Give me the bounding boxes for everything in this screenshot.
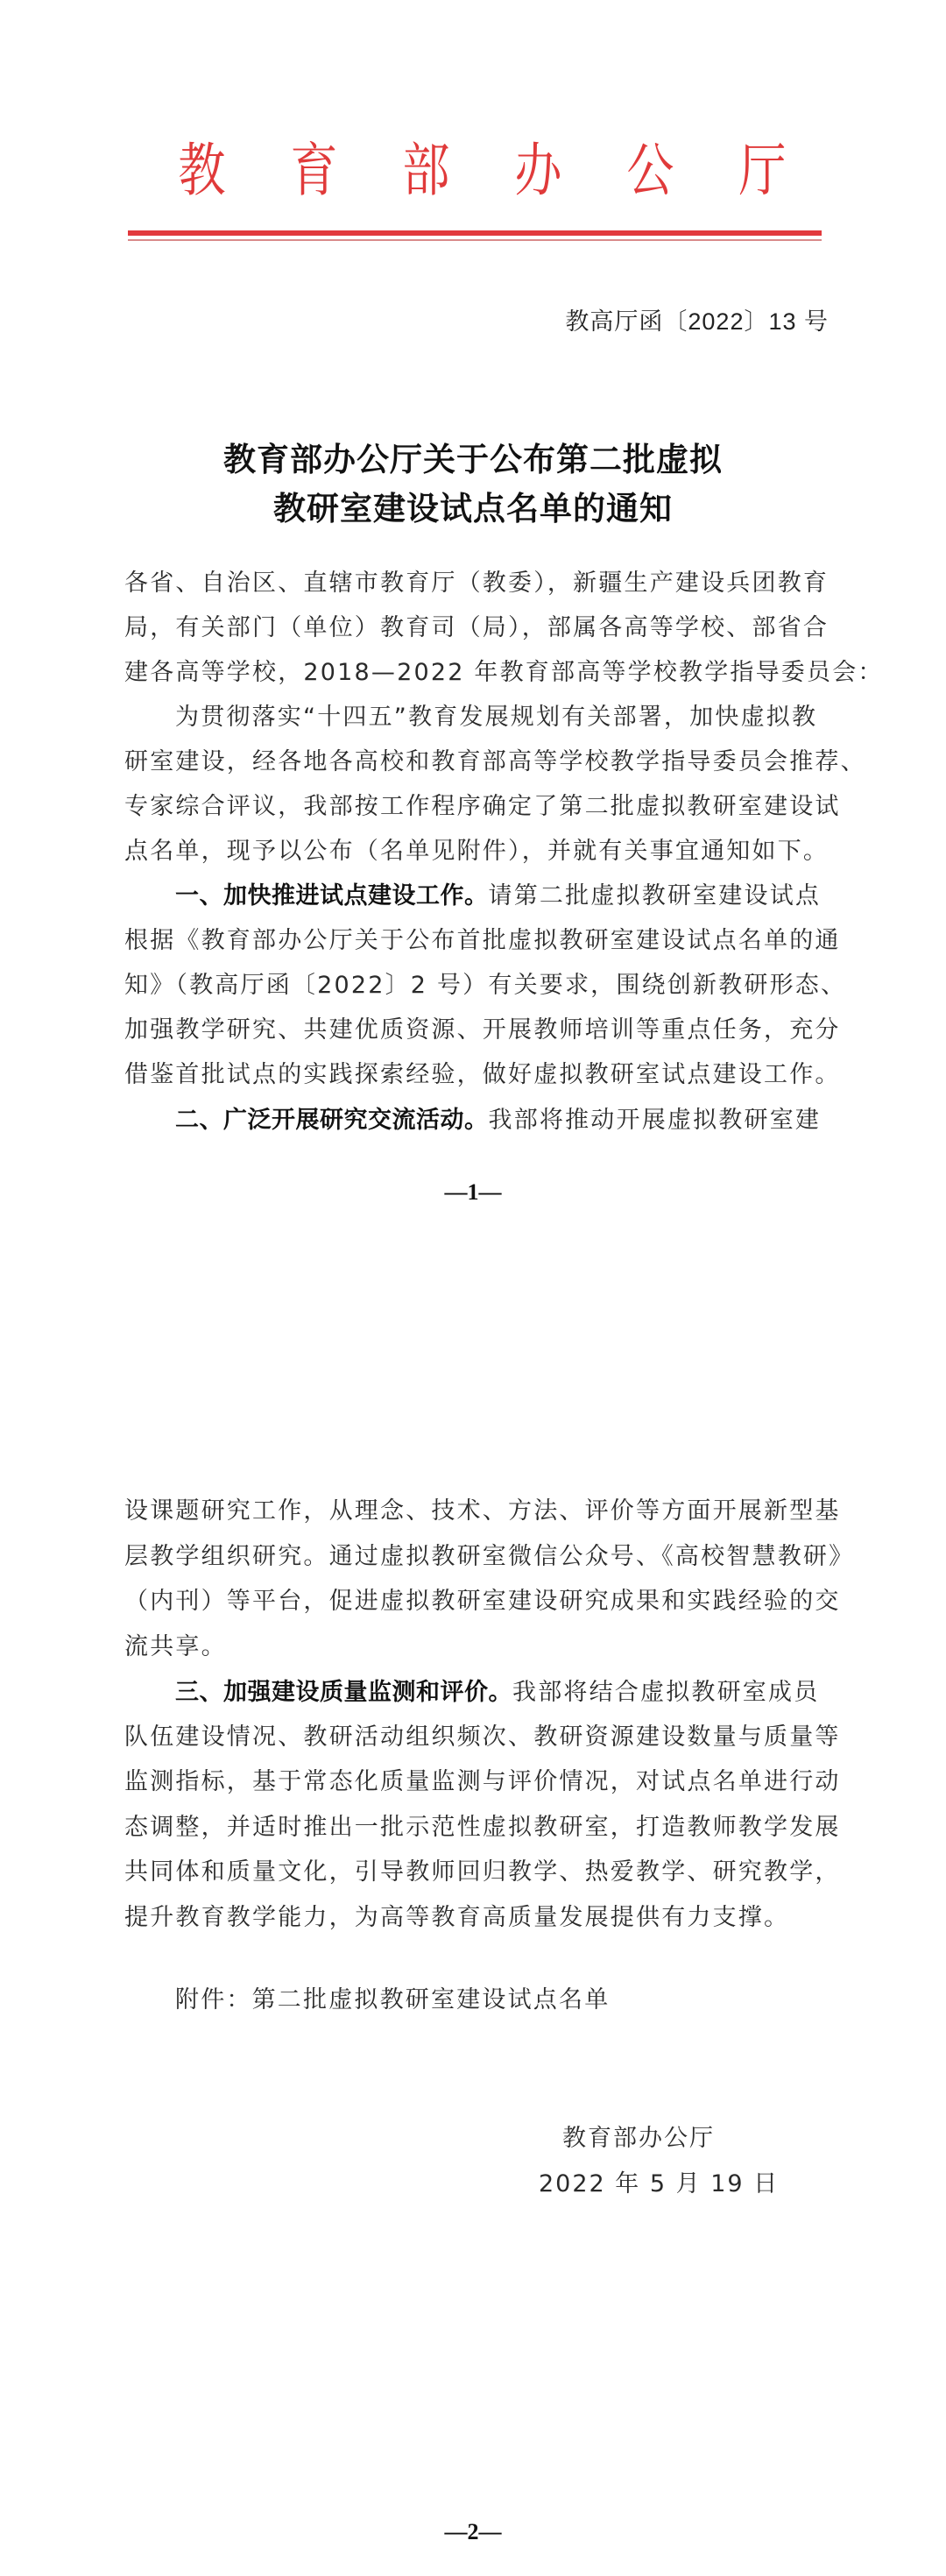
letterhead-rule-thin	[128, 239, 822, 241]
body-line: 态调整，并适时推出一批示范性虚拟教研室，打造教师教学发展	[124, 1813, 825, 1843]
letterhead-char: 公	[626, 137, 669, 205]
body-line: 队伍建设情况、教研活动组织频次、教研资源建设数量与质量等	[124, 1723, 825, 1752]
body-line: 研室建设，经各地各高校和教育部高等学校教学指导委员会推荐、	[124, 747, 825, 777]
body-line: 流共享。	[124, 1632, 825, 1662]
document-title-line-1: 教育部办公厅关于公布第二批虚拟	[0, 433, 946, 480]
signature-date: 2022 年 5 月 19 日	[539, 2164, 779, 2198]
body-line: （内刊）等平台，促进虚拟教研室建设研究成果和实践经验的交	[124, 1587, 825, 1617]
body-line: 提升教育教学能力，为高等教育高质量发展提供有力支撑。	[124, 1903, 825, 1933]
body-line: 局，有关部门（单位）教育司（局），部属各高等学校、部省合	[124, 613, 825, 643]
section-3-line: 三、加强建设质量监测和评价。我部将结合虚拟教研室成员	[175, 1678, 825, 1708]
section-heading-2: 二、广泛开展研究交流活动。	[175, 1107, 489, 1134]
section-1-line: 一、加快推进试点建设工作。请第二批虚拟教研室建设试点	[175, 881, 825, 911]
letterhead-char: 育	[290, 137, 333, 205]
body-line: 建各高等学校，2018—2022 年教育部高等学校教学指导委员会：	[124, 658, 825, 688]
page-number-2: —2—	[0, 2519, 946, 2545]
letterhead-char: 厅	[738, 137, 781, 205]
attachment-note: 附件：第二批虚拟教研室建设试点名单	[175, 1985, 825, 2015]
letterhead-char: 办	[514, 137, 557, 205]
body-line: 知》（教高厅函〔2022〕2 号）有关要求，围绕创新教研形态、	[124, 971, 825, 1001]
section-heading-3: 三、加强建设质量监测和评价。	[175, 1679, 512, 1706]
body-text: 请第二批虚拟教研室建设试点	[489, 882, 822, 909]
letterhead-char: 部	[402, 137, 445, 205]
body-line: 各省、自治区、直辖市教育厅（教委），新疆生产建设兵团教育	[124, 569, 825, 598]
body-text: 我部将推动开展虚拟教研室建	[489, 1107, 822, 1134]
signature-org: 教育部办公厅	[562, 2119, 715, 2153]
body-line: 为贯彻落实“十四五”教育发展规划有关部署，加快虚拟教	[175, 703, 825, 732]
body-line: 借鉴首批试点的实践探索经验，做好虚拟教研室试点建设工作。	[124, 1060, 825, 1090]
document-number: 教高厅函〔2022〕13 号	[565, 302, 829, 336]
letterhead-rule-thick	[128, 230, 822, 236]
letterhead-char: 教	[178, 137, 221, 205]
body-line: 根据《教育部办公厅关于公布首批虚拟教研室建设试点名单的通	[124, 926, 825, 956]
section-heading-1: 一、加快推进试点建设工作。	[175, 882, 489, 909]
body-line: 加强教学研究、共建优质资源、开展教师培训等重点任务，充分	[124, 1016, 825, 1045]
body-line: 共同体和质量文化，引导教师回归教学、热爱教学、研究教学，	[124, 1858, 825, 1887]
body-line: 设课题研究工作，从理念、技术、方法、评价等方面开展新型基	[124, 1497, 825, 1526]
body-line: 点名单，现予以公布（名单见附件），并就有关事宜通知如下。	[124, 837, 825, 867]
document-title-line-2: 教研室建设试点名单的通知	[0, 482, 946, 529]
page-number-1: —1—	[0, 1179, 946, 1206]
body-text: 我部将结合虚拟教研室成员	[512, 1679, 819, 1706]
section-2-line: 二、广泛开展研究交流活动。我部将推动开展虚拟教研室建	[175, 1106, 825, 1136]
body-line: 监测指标，基于常态化质量监测与评价情况，对试点名单进行动	[124, 1767, 825, 1797]
body-line: 层教学组织研究。通过虚拟教研室微信公众号、《高校智慧教研》	[124, 1542, 825, 1572]
body-line: 专家综合评议，我部按工作程序确定了第二批虚拟教研室建设试	[124, 792, 825, 822]
